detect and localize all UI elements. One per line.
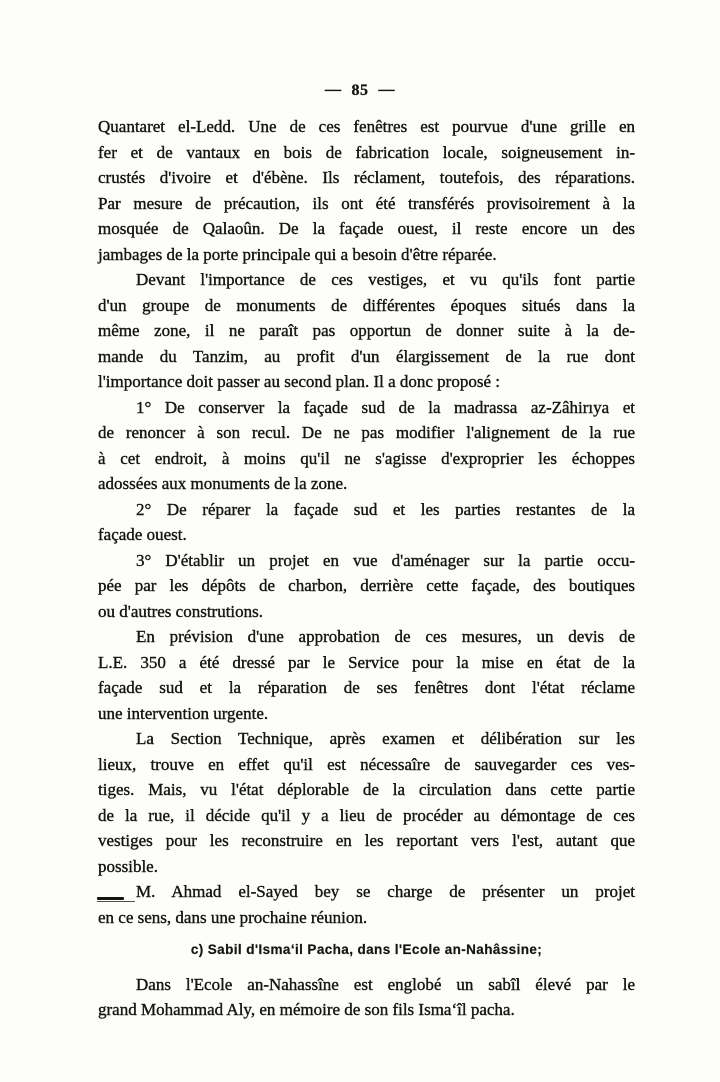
- text-line: crustés d'ivoire et d'ébène. Ils réclame…: [98, 165, 635, 191]
- page-number: —85—: [0, 82, 720, 100]
- text-line: façade sud et la réparation de ses fenêt…: [98, 675, 635, 701]
- text-line: de renoncer à son recul. De ne pas modif…: [98, 420, 635, 446]
- text-line: de la rue, il décide qu'il y a lieu de p…: [98, 803, 635, 829]
- text-line: mosquée de Qalaoûn. De la façade ouest, …: [98, 216, 635, 242]
- header-dash-right: —: [379, 81, 396, 98]
- text-line: En prévision d'une approbation de ces me…: [98, 624, 635, 650]
- paragraph: M. Ahmad el-Sayed bey se charge de prése…: [98, 879, 635, 930]
- scan-artifact-mark: [97, 897, 124, 900]
- paragraph: Devant l'importance de ces vestiges, et …: [98, 267, 635, 395]
- text-line: ou d'autres construtions.: [98, 599, 635, 625]
- text-line: L.E. 350 a été dressé par le Service pou…: [98, 650, 635, 676]
- text-line: adossées aux monuments de la zone.: [98, 471, 635, 497]
- paragraph: Quantaret el-Ledd. Une de ces fenêtres e…: [98, 114, 635, 267]
- text-line: en ce sens, dans une prochaine réunion.: [98, 905, 635, 931]
- text-line: 1° De conserver la façade sud de la madr…: [98, 395, 635, 421]
- page-number-value: 85: [352, 82, 369, 99]
- paragraph: La Section Technique, après examen et dé…: [98, 726, 635, 879]
- text-line: façade ouest.: [98, 522, 635, 548]
- text-line: c) Sabil d'Isma‘il Pacha, dans l'Ecole a…: [98, 937, 635, 963]
- text-line: même zone, il ne paraît pas opportun de …: [98, 318, 635, 344]
- paragraph: 2° De réparer la façade sud et les parti…: [98, 497, 635, 548]
- text-line: 2° De réparer la façade sud et les parti…: [98, 497, 635, 523]
- scanned-document-page: —85— Quantaret el-Ledd. Une de ces fenêt…: [0, 0, 720, 1082]
- text-line: Dans l'Ecole an-Nahassîne est englobé un…: [98, 972, 635, 998]
- paragraph: 1° De conserver la façade sud de la madr…: [98, 395, 635, 497]
- header-dash-left: —: [325, 81, 342, 98]
- text-line: fer et de vantaux en bois de fabrication…: [98, 140, 635, 166]
- text-line: M. Ahmad el-Sayed bey se charge de prése…: [98, 879, 635, 905]
- text-line: d'un groupe de monuments de différentes …: [98, 293, 635, 319]
- text-column: Quantaret el-Ledd. Une de ces fenêtres e…: [98, 114, 635, 1023]
- text-line: tiges. Mais, vu l'état déplorable de la …: [98, 777, 635, 803]
- text-line: possible.: [98, 854, 635, 880]
- text-line: vestiges pour les reconstruire en les re…: [98, 828, 635, 854]
- text-line: 3° D'établir un projet en vue d'aménager…: [98, 548, 635, 574]
- section-heading: c) Sabil d'Isma‘il Pacha, dans l'Ecole a…: [98, 937, 635, 963]
- text-line: La Section Technique, après examen et dé…: [98, 726, 635, 752]
- text-line: jambages de la porte principale qui a be…: [98, 242, 635, 268]
- paragraph: 3° D'établir un projet en vue d'aménager…: [98, 548, 635, 625]
- text-line: une intervention urgente.: [98, 701, 635, 727]
- paragraph: En prévision d'une approbation de ces me…: [98, 624, 635, 726]
- text-line: Par mesure de précaution, ils ont été tr…: [98, 191, 635, 217]
- text-line: l'importance doit passer au second plan.…: [98, 369, 635, 395]
- text-line: Quantaret el-Ledd. Une de ces fenêtres e…: [98, 114, 635, 140]
- paragraph: Dans l'Ecole an-Nahassîne est englobé un…: [98, 972, 635, 1023]
- text-line: lieux, trouve en effet qu'il est nécessa…: [98, 752, 635, 778]
- text-line: pée par les dépôts de charbon, derrière …: [98, 573, 635, 599]
- text-line: mande du Tanzim, au profit d'un élargiss…: [98, 344, 635, 370]
- text-line: Devant l'importance de ces vestiges, et …: [98, 267, 635, 293]
- text-line: à cet endroit, à moins qu'il ne s'agisse…: [98, 446, 635, 472]
- text-line: grand Mohammad Aly, en mémoire de son fi…: [98, 997, 635, 1023]
